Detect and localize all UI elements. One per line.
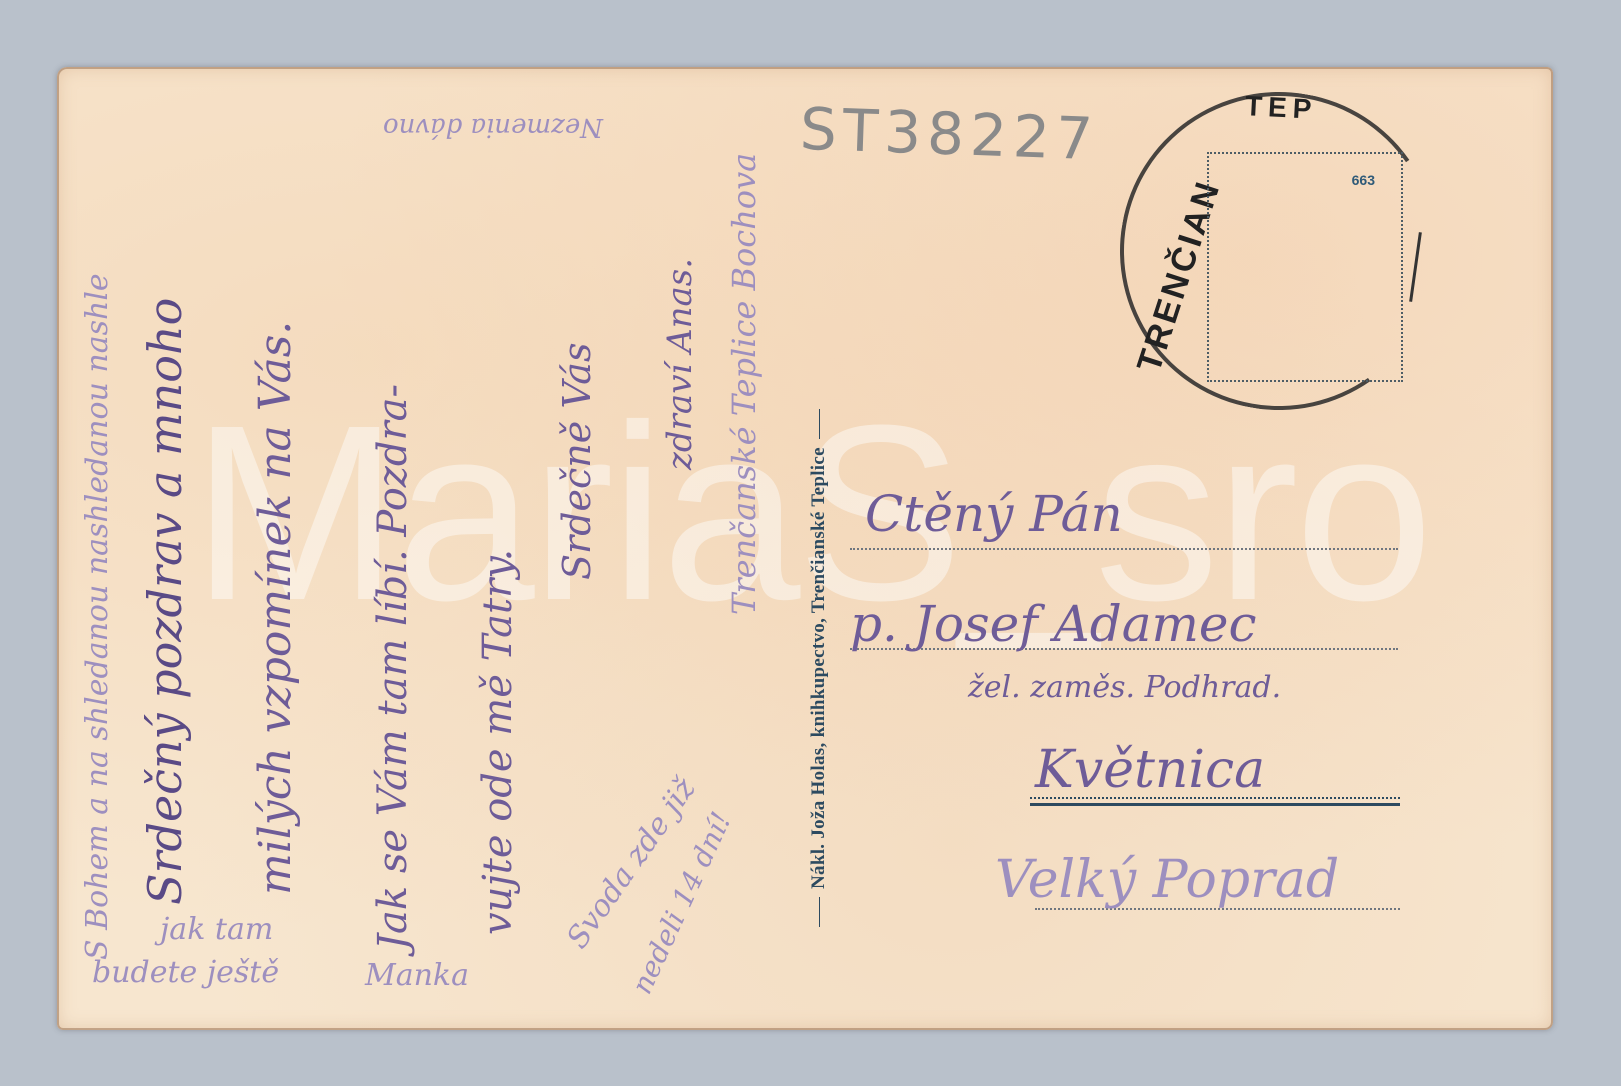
address-occupation: žel. zaměs. Podhrad. <box>968 670 1281 705</box>
address-salutation: Ctěný Pán <box>865 485 1123 543</box>
message-column-4-bottom: Manka <box>365 958 469 993</box>
message-column-2: Srdečný pozdrav a mnoho <box>138 298 192 905</box>
address-region: Velký Poprad <box>995 850 1339 910</box>
address-name: p. Josef Adamec <box>850 595 1257 653</box>
divider <box>819 897 820 927</box>
address-line-4-underline <box>1030 803 1400 806</box>
address-town: Květnica <box>1035 740 1265 800</box>
message-column-2-bottom: jak tam <box>160 912 273 947</box>
message-column-5: vujte ode mě Tatry. <box>475 549 521 935</box>
message-column-1-bottom: budete ještě <box>92 955 279 990</box>
stamp-number: 663 <box>1352 172 1375 188</box>
message-column-3: milých vzpomínek na Vás. <box>250 321 301 895</box>
message-column-4: Jak se Vám tam líbí. Pozdra- <box>370 384 416 950</box>
address-line-1 <box>850 548 1398 550</box>
postmark-text-top: TEP <box>1244 90 1318 126</box>
message-inverted-top: Nezmenia dávno <box>383 112 603 142</box>
publisher-text: Nákl. Joža Holas, knihkupectvo, Trenčian… <box>808 447 829 889</box>
message-column-8: Trenčanské Teplice Bochova <box>725 153 763 615</box>
stamp-box: 663 <box>1207 152 1403 382</box>
divider <box>819 409 820 439</box>
message-column-7: zdraví Anas. <box>660 258 700 470</box>
inventory-code: ST38227 <box>799 95 1100 173</box>
message-column-6: Srdečně Vás <box>555 343 599 580</box>
publisher-imprint: Nákl. Joža Holas, knihkupectvo, Trenčian… <box>808 401 830 935</box>
message-column-1: S Bohem a na shledanou nashledanou nashl… <box>80 273 115 960</box>
